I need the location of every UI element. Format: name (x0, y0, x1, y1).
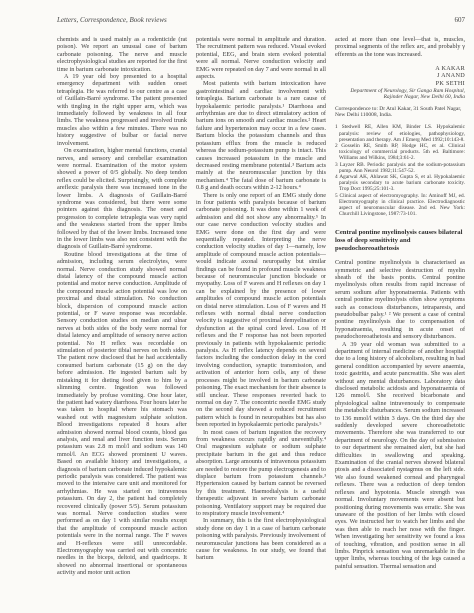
paragraph: Routine blood investigations at the time… (57, 251, 187, 577)
column-3: acted at more than one level—that is, mu… (335, 36, 465, 606)
paragraph: Central pontine myelinolysis is characte… (335, 259, 465, 340)
reference-item: 1 Stedwell RE, Allen KM, Binder LS. Hypo… (335, 124, 465, 143)
paragraph: In most cases of barium ingestion the re… (196, 429, 326, 518)
author-name: J ANAND (335, 72, 465, 79)
text-columns: chemists and is used mainly as a rodenti… (57, 36, 466, 606)
reference-item: 4 Agarwal AK, Ahlawat SK, Gupta S, et al… (335, 174, 465, 193)
reference-list: 1 Stedwell RE, Allen KM, Binder LS. Hypo… (335, 124, 465, 217)
paragraph: Most patients with barium intoxication h… (196, 80, 326, 191)
page-header: Letters, Correspondence, Book reviews 60… (57, 16, 465, 24)
column-1: chemists and is used mainly as a rodenti… (57, 36, 187, 606)
authors-block: A KAKAR J ANAND PK SETHI (335, 65, 465, 87)
paragraph: In summary, this is the first electrophy… (196, 517, 326, 561)
reference-item: 3 Layzer RB. Periodic paralysis and the … (335, 162, 465, 174)
reference-item: 2 Gosselin RE, Smith RP, Hodge HC, et al… (335, 143, 465, 162)
page-number: 607 (455, 16, 466, 24)
correspondence-note: Correspondence to: Dr Atul Kakar, 31 Sou… (335, 106, 465, 119)
paragraph: acted at more than one level—that is, mu… (335, 36, 465, 58)
journal-page: Letters, Correspondence, Book reviews 60… (0, 0, 474, 613)
letter-title: Central pontine myelinolysis causes bila… (335, 229, 465, 254)
paragraph: There is only one report of an EMG study… (196, 192, 326, 429)
author-name: A KAKAR (335, 65, 465, 72)
column-2: potentials were normal in amplitude and … (196, 36, 326, 606)
paragraph: chemists and is used mainly as a rodenti… (57, 36, 187, 73)
paragraph: A 19 year old boy presented to a hospita… (57, 73, 187, 147)
paragraph: A 39 year old woman was submitted to a d… (335, 341, 465, 571)
paragraph: potentials were normal in amplitude and … (196, 36, 326, 80)
running-head: Letters, Correspondence, Book reviews (57, 16, 167, 24)
reference-item: 5 Clinical aspect of electromyography. I… (335, 193, 465, 218)
author-name: PK SETHI (335, 80, 465, 87)
paragraph: On examination, higher mental functions,… (57, 147, 187, 251)
affiliation: Department of Neurology, Sir Ganga Ram H… (335, 88, 465, 101)
